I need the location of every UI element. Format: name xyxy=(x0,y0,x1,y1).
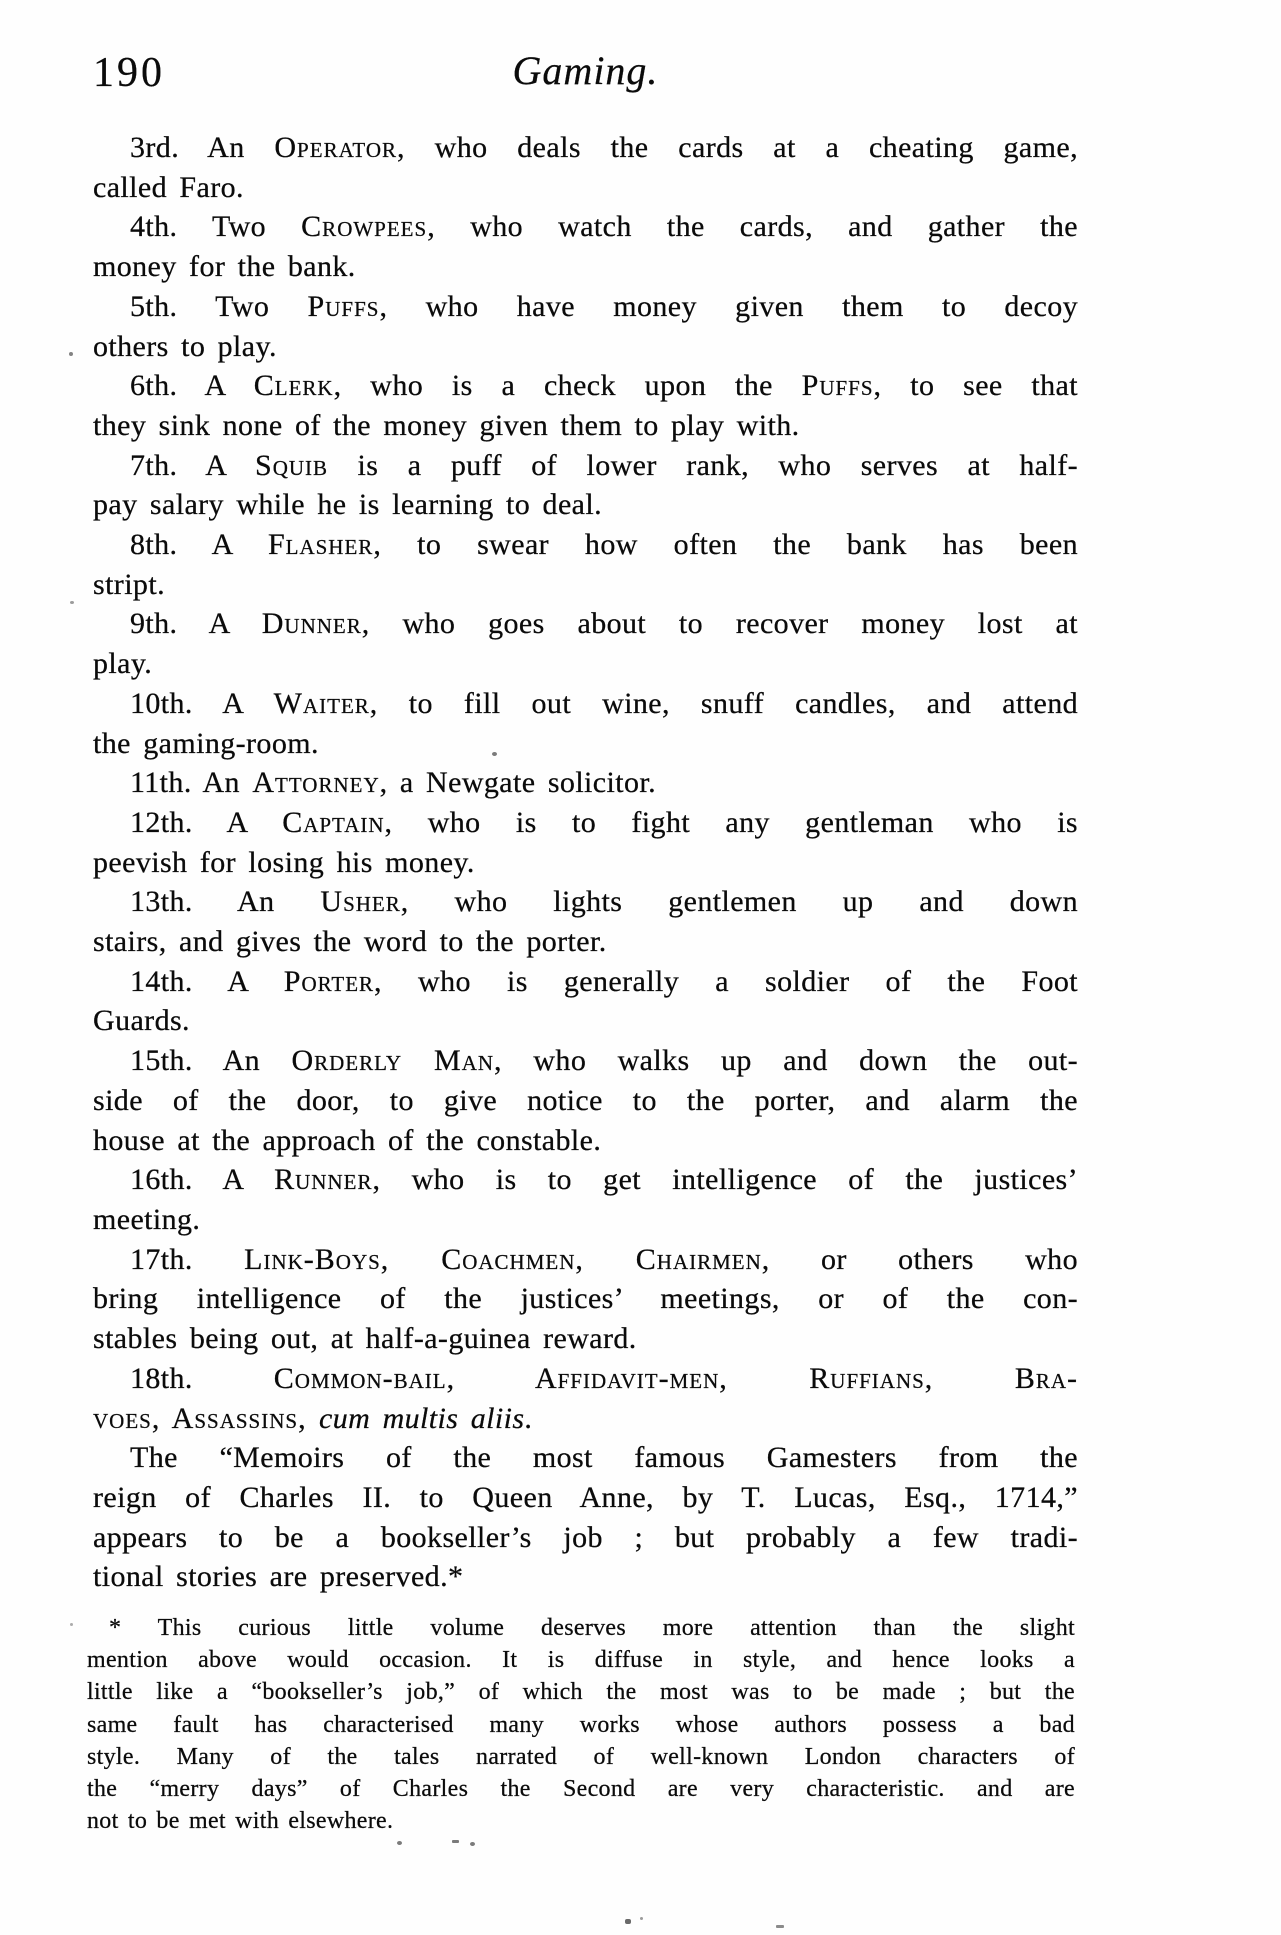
small-caps-text: Dunner xyxy=(262,607,362,640)
text-line: stables being out, at half-a-guinea rewa… xyxy=(93,1319,1078,1359)
text-line: stript. xyxy=(93,565,1078,605)
text-line: house at the approach of the constable. xyxy=(93,1121,1078,1161)
text-span: 5th. Two xyxy=(130,290,308,323)
text-line: little like a “bookseller’s job,” of whi… xyxy=(87,1676,1075,1708)
small-caps-text: Runner xyxy=(274,1163,372,1196)
text-line: 9th. A Dunner, who goes about to recover… xyxy=(93,604,1078,644)
text-line: 14th. A Porter, who is generally a soldi… xyxy=(93,962,1078,1002)
text-line: 5th. Two Puffs, who have money given the… xyxy=(93,287,1078,327)
text-span: , who is generally a soldier of the Foot xyxy=(374,965,1078,998)
text-line: side of the door, to give notice to the … xyxy=(93,1081,1078,1121)
scan-speck xyxy=(625,1919,631,1924)
text-span: money for the bank. xyxy=(93,250,356,283)
text-span: , who is to get intelligence of the just… xyxy=(372,1163,1078,1196)
text-line: appears to be a bookseller’s job ; but p… xyxy=(93,1518,1078,1558)
text-line: 12th. A Captain, who is to fight any gen… xyxy=(93,803,1078,843)
text-span: side of the door, to give notice to the … xyxy=(93,1084,1078,1117)
text-line: 4th. Two Crowpees, who watch the cards, … xyxy=(93,207,1078,247)
text-span: 18th. xyxy=(130,1362,274,1395)
text-span: , who walks up and down the out- xyxy=(494,1044,1078,1077)
text-span: peevish for losing his money. xyxy=(93,846,475,879)
text-line: The “Memoirs of the most famous Gamester… xyxy=(93,1438,1078,1478)
scan-speck xyxy=(397,1841,402,1845)
text-line: 6th. A Clerk, who is a check upon the Pu… xyxy=(93,366,1078,406)
text-span: , who lights gentlemen up and down xyxy=(401,885,1078,918)
text-span: little like a “bookseller’s job,” of whi… xyxy=(87,1679,1075,1705)
text-span: 7th. A xyxy=(130,449,255,482)
small-caps-text: Squib xyxy=(255,449,328,482)
small-caps-text: Captain xyxy=(282,806,384,839)
text-line: the gaming-room. xyxy=(93,724,1078,764)
text-line: stairs, and gives the word to the porter… xyxy=(93,922,1078,962)
text-span: 3rd. An xyxy=(130,131,274,164)
small-caps-text: voes, Assassins, xyxy=(93,1402,307,1435)
text-span: is a puff of lower rank, who serves at h… xyxy=(328,449,1078,482)
text-span: stairs, and gives the word to the porter… xyxy=(93,925,607,958)
small-caps-text: Crowpees xyxy=(301,210,427,243)
text-span: bring intelligence of the justices’ meet… xyxy=(93,1282,1078,1315)
small-caps-text: Link-Boys, Coachmen, Chairmen xyxy=(244,1243,762,1276)
text-span: , who have money given them to decoy xyxy=(379,290,1078,323)
text-line: 3rd. An Operator, who deals the cards at… xyxy=(93,128,1078,168)
footnote: * This curious little volume deserves mo… xyxy=(87,1612,1075,1837)
text-line: style. Many of the tales narrated of wel… xyxy=(87,1741,1075,1773)
text-span: meeting. xyxy=(93,1203,200,1236)
text-line: 15th. An Orderly Man, who walks up and d… xyxy=(93,1041,1078,1081)
text-line: called Faro. xyxy=(93,168,1078,208)
text-line: 18th. Common-bail, Affidavit-men, Ruffia… xyxy=(93,1359,1078,1399)
text-span: 13th. An xyxy=(130,885,320,918)
text-span: same fault has characterised many works … xyxy=(87,1712,1075,1738)
text-span: Guards. xyxy=(93,1004,190,1037)
text-span: 10th. A xyxy=(130,687,274,720)
small-caps-text: Operator xyxy=(274,131,397,164)
text-span: tional stories are preserved.* xyxy=(93,1560,463,1593)
text-line: same fault has characterised many works … xyxy=(87,1709,1075,1741)
text-span: mention above would occasion. It is diff… xyxy=(87,1647,1075,1673)
text-span: , who goes about to recover money lost a… xyxy=(362,607,1078,640)
text-span: , who is to fight any gentleman who is xyxy=(385,806,1079,839)
small-caps-text: Waiter xyxy=(274,687,370,720)
text-span: the gaming-room. xyxy=(93,727,319,760)
text-line: 16th. A Runner, who is to get intelligen… xyxy=(93,1160,1078,1200)
text-span: called Faro. xyxy=(93,171,244,204)
small-caps-text: Puffs xyxy=(308,290,380,323)
scan-speck xyxy=(69,352,73,356)
text-line: money for the bank. xyxy=(93,247,1078,287)
text-line: not to be met with elsewhere. xyxy=(87,1805,1075,1837)
page-header: 190 Gaming. xyxy=(93,48,1078,100)
text-span: style. Many of the tales narrated of wel… xyxy=(87,1744,1075,1770)
text-line: mention above would occasion. It is diff… xyxy=(87,1644,1075,1676)
scan-speck xyxy=(70,601,74,604)
text-span: 16th. A xyxy=(130,1163,274,1196)
text-span: they sink none of the money given them t… xyxy=(93,409,800,442)
text-line: 13th. An Usher, who lights gentlemen up … xyxy=(93,882,1078,922)
small-caps-text: Flasher xyxy=(268,528,373,561)
text-line: play. xyxy=(93,644,1078,684)
text-span: 4th. Two xyxy=(130,210,301,243)
text-line: * This curious little volume deserves mo… xyxy=(87,1612,1075,1644)
text-line: bring intelligence of the justices’ meet… xyxy=(93,1279,1078,1319)
scan-speck xyxy=(492,752,497,756)
text-line: reign of Charles II. to Queen Anne, by T… xyxy=(93,1478,1078,1518)
scan-speck xyxy=(70,1623,73,1626)
text-span: 15th. An xyxy=(130,1044,291,1077)
italic-text: cum multis aliis xyxy=(319,1402,524,1435)
text-span: pay salary while he is learning to deal. xyxy=(93,488,602,521)
scan-speck xyxy=(470,1842,475,1846)
small-caps-text: Puffs xyxy=(802,369,874,402)
running-title: Gaming. xyxy=(93,48,1078,94)
text-span: play. xyxy=(93,647,152,680)
text-span: , a Newgate solicitor. xyxy=(380,766,656,799)
text-line: others to play. xyxy=(93,327,1078,367)
text-span: reign of Charles II. to Queen Anne, by T… xyxy=(93,1481,1078,1514)
text-line: they sink none of the money given them t… xyxy=(93,406,1078,446)
text-span: appears to be a bookseller’s job ; but p… xyxy=(93,1521,1078,1554)
text-span: 14th. A xyxy=(130,965,284,998)
text-line: 11th. An Attorney, a Newgate solicitor. xyxy=(93,763,1078,803)
text-line: peevish for losing his money. xyxy=(93,843,1078,883)
text-span: , to swear how often the bank has been xyxy=(373,528,1078,561)
text-span xyxy=(307,1402,319,1435)
small-caps-text: Usher xyxy=(320,885,400,918)
text-span: * This curious little volume deserves mo… xyxy=(109,1615,1075,1641)
text-span: 17th. xyxy=(130,1243,244,1276)
small-caps-text: Common-bail, Affidavit-men, Ruffians, Br… xyxy=(274,1362,1078,1395)
scan-speck xyxy=(776,1925,784,1928)
text-span: not to be met with elsewhere. xyxy=(87,1808,393,1834)
small-caps-text: Clerk xyxy=(254,369,334,402)
text-span: house at the approach of the constable. xyxy=(93,1124,601,1157)
text-span: 11th. An xyxy=(130,766,252,799)
scanned-book-page: 190 Gaming. 3rd. An Operator, who deals … xyxy=(0,0,1281,1935)
text-span: 6th. A xyxy=(130,369,254,402)
text-span: 9th. A xyxy=(130,607,262,640)
scan-speck xyxy=(640,1917,643,1920)
text-span: . xyxy=(524,1402,532,1435)
small-caps-text: Attorney xyxy=(252,766,379,799)
text-span: , or others who xyxy=(762,1243,1078,1276)
text-span: , who is a check upon the xyxy=(334,369,802,402)
text-line: 17th. Link-Boys, Coachmen, Chairmen, or … xyxy=(93,1240,1078,1280)
scan-speck xyxy=(452,1840,459,1843)
text-span: , to see that xyxy=(874,369,1078,402)
text-line: 7th. A Squib is a puff of lower rank, wh… xyxy=(93,446,1078,486)
text-span: The “Memoirs of the most famous Gamester… xyxy=(130,1441,1078,1474)
body-text: 3rd. An Operator, who deals the cards at… xyxy=(93,128,1078,1597)
text-line: pay salary while he is learning to deal. xyxy=(93,485,1078,525)
text-line: Guards. xyxy=(93,1001,1078,1041)
text-line: voes, Assassins, cum multis aliis. xyxy=(93,1399,1078,1439)
text-span: , who watch the cards, and gather the xyxy=(427,210,1078,243)
small-caps-text: Porter xyxy=(284,965,374,998)
text-span: the “merry days” of Charles the Second a… xyxy=(87,1776,1075,1802)
text-line: 10th. A Waiter, to fill out wine, snuff … xyxy=(93,684,1078,724)
text-span: , who deals the cards at a cheating game… xyxy=(397,131,1078,164)
text-line: tional stories are preserved.* xyxy=(93,1557,1078,1597)
text-span: 8th. A xyxy=(130,528,268,561)
text-line: the “merry days” of Charles the Second a… xyxy=(87,1773,1075,1805)
text-span: stables being out, at half-a-guinea rewa… xyxy=(93,1322,637,1355)
text-line: meeting. xyxy=(93,1200,1078,1240)
text-span: 12th. A xyxy=(130,806,282,839)
text-span: others to play. xyxy=(93,330,277,363)
text-line: 8th. A Flasher, to swear how often the b… xyxy=(93,525,1078,565)
small-caps-text: Orderly Man xyxy=(291,1044,494,1077)
text-span: , to fill out wine, snuff candles, and a… xyxy=(370,687,1078,720)
text-span: stript. xyxy=(93,568,165,601)
